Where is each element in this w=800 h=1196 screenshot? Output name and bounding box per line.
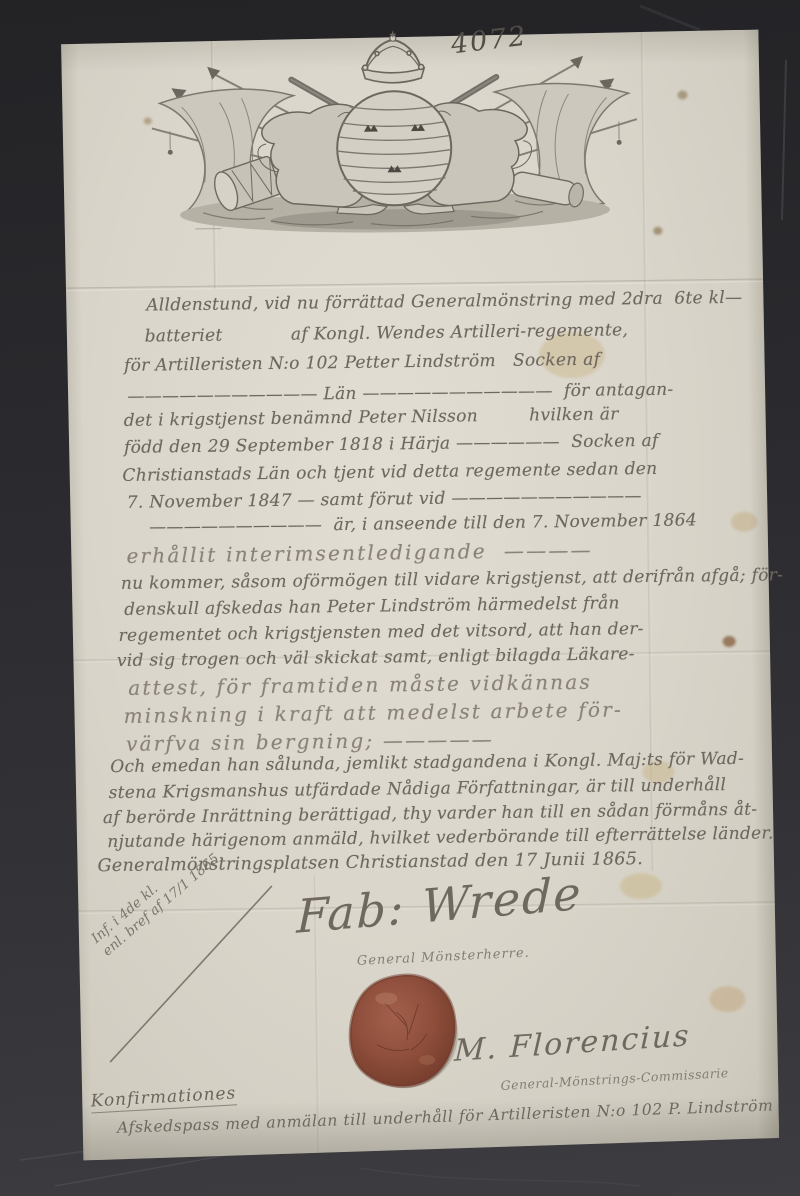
document-line: stena Krigsmanshus utfärdade Nådiga Förf…: [109, 775, 727, 803]
secondary-signature: M. Florencius: [454, 1018, 692, 1069]
document-sheet: 4072 Alldenstund, vid nu förrättad Gener…: [0, 0, 800, 1196]
document-line: regementet och krigstjensten med det vit…: [118, 619, 643, 646]
document-line: det i krigstjenst benämnd Peter Nilsson …: [124, 404, 619, 430]
primary-signature-title: General Mönsterherre.: [357, 946, 531, 969]
document-line: Christianstads Län och tjent vid detta r…: [122, 459, 657, 486]
document-line: vid sig trogen och väl skickat samt, enl…: [117, 644, 635, 671]
document-line: ——————————— Län ——————————— för antagan-: [127, 380, 673, 407]
document-line: erhållit interimsentledigande ————: [126, 538, 593, 568]
document-line: —————————— är, i anseende till den 7. No…: [149, 510, 697, 537]
document-line: attest, för framtiden måste vidkännas: [128, 670, 592, 700]
photo-of-document: 4072 Alldenstund, vid nu förrättad Gener…: [0, 0, 800, 1196]
red-wax-seal: [346, 972, 460, 1091]
document-line: född den 29 September 1818 i Härja —————…: [124, 431, 659, 458]
document-content: 4072 Alldenstund, vid nu förrättad Gener…: [0, 0, 800, 1196]
document-line: för Artilleristen N:o 102 Petter Lindstr…: [124, 350, 600, 376]
primary-signature: Fab: Wrede: [296, 866, 583, 944]
document-line: Alldenstund, vid nu förrättad Generalmön…: [146, 288, 742, 316]
document-line: 7. November 1847 — samt förut vid ——————…: [127, 486, 642, 513]
secondary-signature-title: General-Mönstrings-Commissarie: [500, 1065, 729, 1093]
document-line: nu kommer, såsom oförmögen till vidare k…: [121, 565, 784, 594]
footer-heading: Konfirmationes: [90, 1083, 237, 1113]
royal-arms-vignette: [141, 27, 649, 239]
document-line: värfva sin bergning; —————: [126, 727, 494, 756]
document-line: denskull afskedas han Peter Lindström hä…: [124, 593, 620, 619]
orb-of-three-crowns: [336, 91, 451, 206]
royal-crown: [362, 31, 425, 83]
document-line: batteriet af Kongl. Wendes Artilleri-reg…: [145, 320, 629, 346]
document-line: minskning i kraft att medelst arbete för…: [123, 697, 623, 728]
